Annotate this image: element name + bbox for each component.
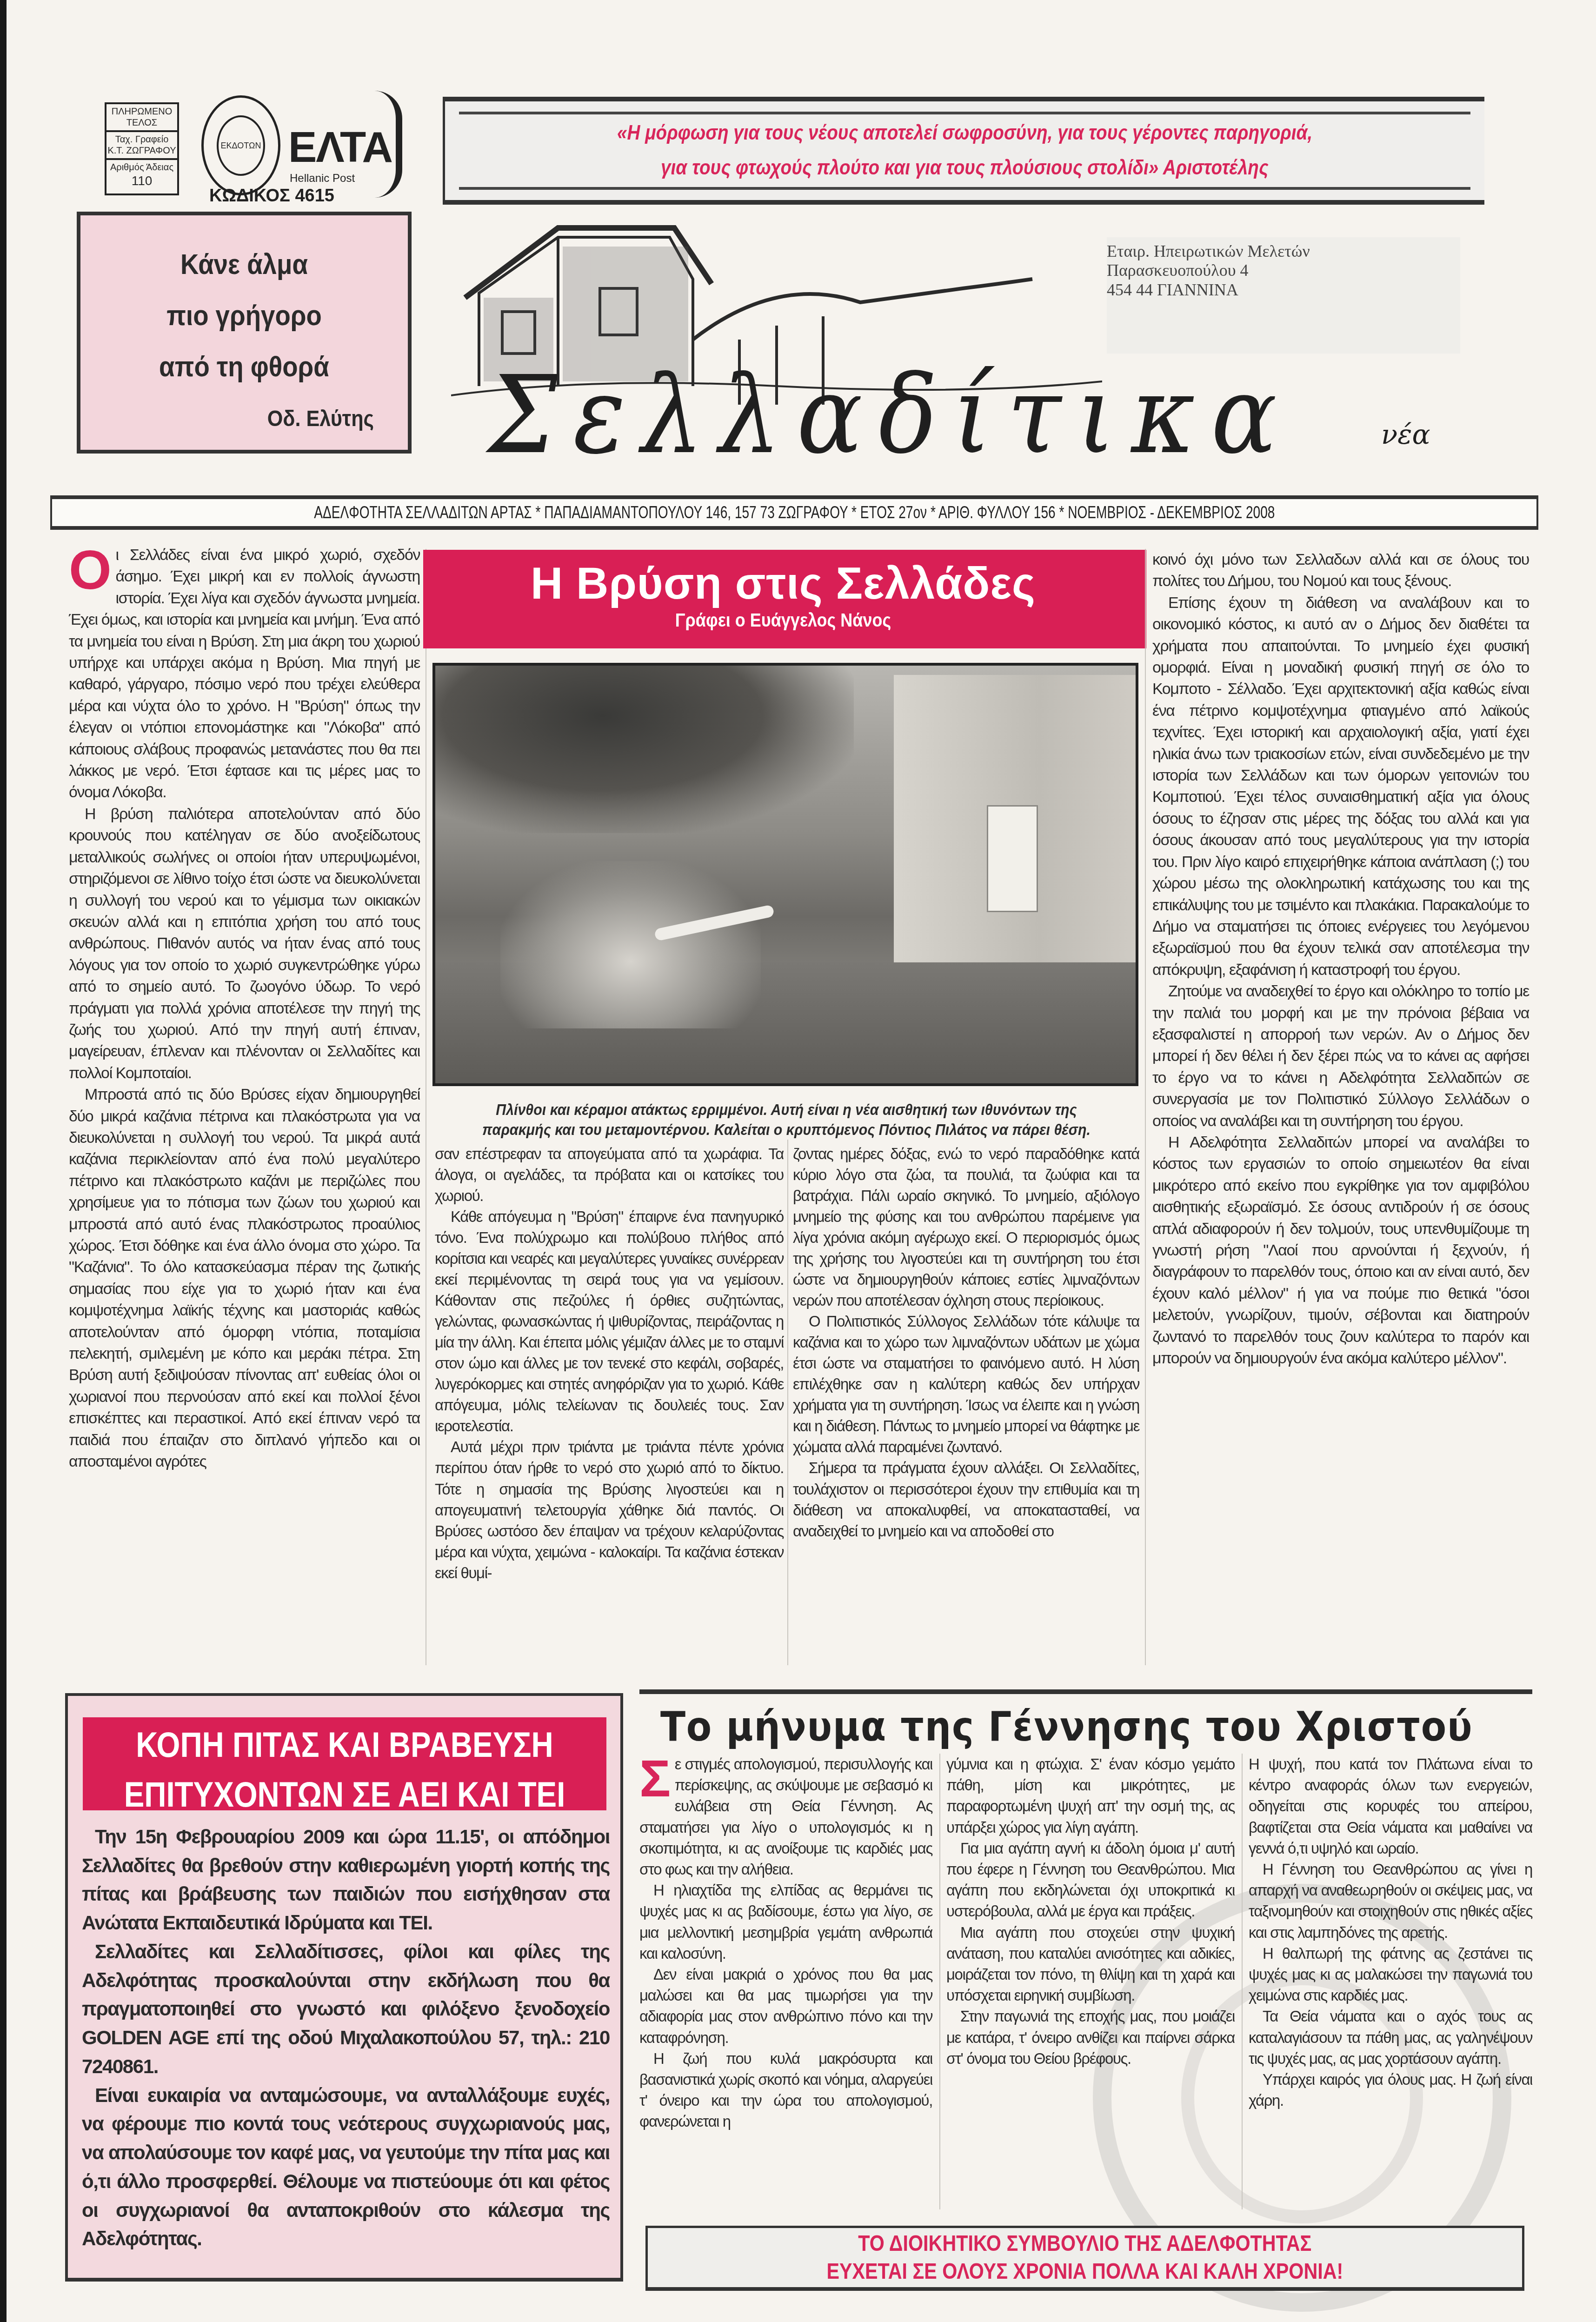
article-paragraph: Η βρύση παλιότερα αποτελούνταν από δύο κ… [69, 803, 420, 1084]
column-divider [1242, 1754, 1243, 2209]
article-paragraph: Η ηλιαχτίδα της ελπίδας ας θερμάνει τις … [639, 1880, 932, 1964]
article-paragraph: Στην παγωνιά της εποχής μας, που μοιάζει… [946, 2006, 1235, 2069]
address-line: 454 44 ΓΙΑΝΝΙΝΑ [1107, 280, 1460, 300]
article-paragraph: Υπάρχει καιρός για όλους μας. Η ζωή είνα… [1249, 2069, 1532, 2111]
banner-text: ΑΔΕΛΦΟΤΗΤΑ ΣΕΛΛΑΔΙΤΩΝ ΑΡΤΑΣ * ΠΑΠΑΔΙΑΜΑΝ… [314, 503, 1275, 522]
christmas-column-1: Σε στιγμές απολογισμού, περισυλλογής και… [639, 1754, 932, 2132]
article-column-1: Οι Σελλάδες είναι ένα μικρό χωριό, σχεδό… [69, 544, 420, 1472]
article-column-4: κοινό όχι μόνο των Σελλαδων αλλά και σε … [1152, 549, 1529, 1369]
event-body: Την 15η Φεβρουαρίου 2009 και ώρα 11.15',… [82, 1822, 610, 2253]
newspaper-page: ΠΛΗΡΩΜΕΝΟ ΤΕΛΟΣ Ταχ. Γραφείο Κ.Τ. ΖΩΓΡΑΦ… [0, 0, 1596, 2322]
stamp-line: ΤΕΛΟΣ [106, 117, 177, 128]
event-headline: ΚΟΠΗ ΠΙΤΑΣ ΚΑΙ ΒΡΑΒΕΥΣΗ [120, 1724, 570, 1767]
tree-shape [435, 666, 854, 833]
scan-edge [0, 0, 7, 2322]
motto-line: από τη φθορά [100, 350, 388, 383]
christmas-article-headline: Το μήνυμα της Γέννησης του Χριστού [660, 1702, 1473, 1750]
section-rule [639, 1689, 1532, 1694]
event-paragraph: Την 15η Φεβρουαρίου 2009 και ώρα 11.15',… [82, 1822, 610, 1937]
gate-shape [987, 805, 1038, 912]
article-paragraph: Η ψυχή, που κατά τον Πλάτωνα είναι το κέ… [1249, 1754, 1532, 1859]
post-logo-sub: Hellanic Post [290, 172, 355, 185]
quote-line-2: για τους φτωχούς πλούτο και για τους πλο… [661, 151, 1268, 186]
greeting-line: ΕΥΧΕΤΑΙ ΣΕ ΟΛΟΥΣ ΧΡΟΝΙΑ ΠΟΛΛΑ ΚΑΙ ΚΑΛΗ Χ… [827, 2258, 1343, 2286]
paid-postage-stamp: ΠΛΗΡΩΜΕΝΟ ΤΕΛΟΣ Ταχ. Γραφείο Κ.Τ. ΖΩΓΡΑΦ… [105, 102, 179, 195]
photo-caption: Πλίνθοι και κέραμοι ατάκτως ερριμμένοι. … [463, 1100, 1110, 1140]
season-greetings-box: ΤΟ ΔΙΟΙΚΗΤΙΚΟ ΣΥΜΒΟΥΛΙΟ ΤΗΣ ΑΔΕΛΦΟΤΗΤΑΣ … [645, 2226, 1524, 2291]
article-paragraph: Η Αδελφότητα Σελλαδιτών μπορεί να αναλάβ… [1152, 1132, 1529, 1369]
column-divider [939, 1754, 940, 2209]
article-paragraph: Η ζωή που κυλά μακρόσυρτα και βασανιστικ… [639, 2048, 932, 2132]
motto-box: Κάνε άλμα πιο γρήγορο από τη φθορά Οδ. Ε… [77, 212, 412, 454]
article-paragraph: κοινό όχι μόνο των Σελλαδων αλλά και σε … [1152, 549, 1529, 592]
article-paragraph: Η Γέννηση του Θεανθρώπου ας γίνει η απαρ… [1249, 1859, 1532, 1943]
article-column-3: ζοντας ημέρες δόξας, ενώ το νερό παραδόθ… [793, 1143, 1139, 1541]
article-column-2: σαν επέστρεφαν τα απογεύματα από τα χωρά… [435, 1143, 784, 1583]
column-divider [426, 549, 426, 1665]
seal-label: ΕΚΔΟΤΩΝ [217, 115, 265, 176]
article-paragraph: ζοντας ημέρες δόξας, ενώ το νερό παραδόθ… [793, 1143, 1139, 1311]
stamp-line: Ταχ. Γραφείο [106, 134, 177, 145]
christmas-column-2: γύμνια και η φτώχια. Σ' έναν κόσμο γεμάτ… [946, 1754, 1235, 2069]
article-paragraph: Η θαλπωρή της φάτνης ας ζεστάνει τις ψυχ… [1249, 1943, 1532, 2006]
article-paragraph: Μια αγάπη που στοχεύει στην ψυχική ανάτα… [946, 1922, 1235, 2006]
column-divider [1145, 549, 1146, 1665]
publisher-seal-icon: ΕΚΔΟΤΩΝ [201, 95, 280, 195]
christmas-column-3: Η ψυχή, που κατά τον Πλάτωνα είναι το κέ… [1249, 1754, 1532, 2111]
logo-title: Σελλαδίτικα [488, 353, 1293, 478]
stamp-line: 110 [106, 173, 177, 189]
address-line: Παρασκευοπούλου 4 [1107, 261, 1460, 280]
article-paragraph: Ζητούμε να αναδειχθεί το έργο και ολόκλη… [1152, 981, 1529, 1132]
article-paragraph: Οι Σελλάδες είναι ένα μικρό χωριό, σχεδό… [69, 544, 420, 803]
article-paragraph: Αυτά μέχρι πριν τριάντα με τριάντα πέντε… [435, 1436, 784, 1583]
publication-banner: ΑΔΕΛΦΟΤΗΤΑ ΣΕΛΛΑΔΙΤΩΝ ΑΡΤΑΣ * ΠΑΠΑΔΙΑΜΑΝ… [50, 495, 1538, 530]
pita-cutting-event-box: ΚΟΠΗ ΠΙΤΑΣ ΚΑΙ ΒΡΑΒΕΥΣΗ ΕΠΙΤΥΧΟΝΤΩΝ ΣΕ Α… [65, 1693, 623, 2282]
column-divider [787, 1140, 788, 1665]
stamp-line: Αριθμός Άδειας [106, 162, 177, 173]
stamp-line: Κ.Τ. ΖΩΓΡΑΦΟΥ [106, 145, 177, 156]
motto-author: Οδ. Ελύτης [267, 406, 374, 432]
article-byline: Γράφει ο Ευάγγελος Νάνος [459, 610, 1107, 631]
article-paragraph: Δεν είναι μακριά ο χρόνος που θα μας μαλ… [639, 1964, 932, 2048]
quote-box: «Η μόρφωση για τους νέους αποτελεί σωφρο… [443, 97, 1484, 205]
logo-subtitle: νέα [1381, 419, 1430, 450]
fountain-photo [432, 663, 1138, 1086]
article-headline-box: Η Βρύση στις Σελλάδες Γράφει ο Ευάγγελος… [423, 550, 1143, 648]
mailing-address: Εταιρ. Ηπειρωτικών Μελετών Παρασκευοπούλ… [1107, 237, 1460, 354]
event-headline: ΕΠΙΤΥΧΟΝΤΩΝ ΣΕ ΑΕΙ ΚΑΙ ΤΕΙ [120, 1774, 570, 1817]
article-paragraph: γύμνια και η φτώχια. Σ' έναν κόσμο γεμάτ… [946, 1754, 1235, 1838]
postal-code: ΚΩΔΙΚΟΣ 4615 [209, 186, 334, 206]
article-paragraph: Ο Πολιτιστικός Σύλλογος Σελλάδων τότε κά… [793, 1311, 1139, 1457]
article-paragraph: σαν επέστρεφαν τα απογεύματα από τα χωρά… [435, 1143, 784, 1206]
article-paragraph: Μπροστά από τις δύο Βρύσες είχαν δημιουρ… [69, 1084, 420, 1472]
article-paragraph: Επίσης έχουν τη διάθεση να αναλάβουν και… [1152, 592, 1529, 981]
drop-cap: Ο [69, 547, 111, 594]
article-paragraph: Τα Θεία νάματα και ο αχός τους ας καταλα… [1249, 2006, 1532, 2069]
article-paragraph: Σε στιγμές απολογισμού, περισυλλογής και… [639, 1754, 932, 1880]
motto-line: πιο γρήγορο [100, 299, 388, 332]
rubble-shape [500, 861, 761, 1028]
event-paragraph: Σελλαδίτες και Σελλαδίτισσες, φίλοι και … [82, 1937, 610, 2081]
event-paragraph: Είναι ευκαιρία να ανταμώσουμε, να ανταλλ… [82, 2081, 610, 2253]
address-line: Εταιρ. Ηπειρωτικών Μελετών [1107, 242, 1460, 261]
article-headline: Η Βρύση στις Σελλάδες [423, 558, 1143, 609]
stamp-line: ΠΛΗΡΩΜΕΝΟ [106, 106, 177, 117]
greeting-line: ΤΟ ΔΙΟΙΚΗΤΙΚΟ ΣΥΜΒΟΥΛΙΟ ΤΗΣ ΑΔΕΛΦΟΤΗΤΑΣ [858, 2230, 1312, 2258]
quote-line-1: «Η μόρφωση για τους νέους αποτελεί σωφρο… [617, 116, 1312, 151]
article-paragraph: Για μια αγάπη αγνή κι άδολη όμοια μ' αυτ… [946, 1838, 1235, 1922]
motto-line: Κάνε άλμα [100, 248, 388, 281]
article-paragraph: Σήμερα τα πράγματα έχουν αλλάξει. Οι Σελ… [793, 1457, 1139, 1541]
hermes-head-icon [356, 91, 402, 198]
event-headline-box: ΚΟΠΗ ΠΙΤΑΣ ΚΑΙ ΒΡΑΒΕΥΣΗ ΕΠΙΤΥΧΟΝΤΩΝ ΣΕ Α… [83, 1717, 606, 1810]
drop-cap: Σ [639, 1756, 670, 1801]
article-paragraph: Κάθε απόγευμα η "Βρύση" έπαιρνε ένα πανη… [435, 1206, 784, 1436]
